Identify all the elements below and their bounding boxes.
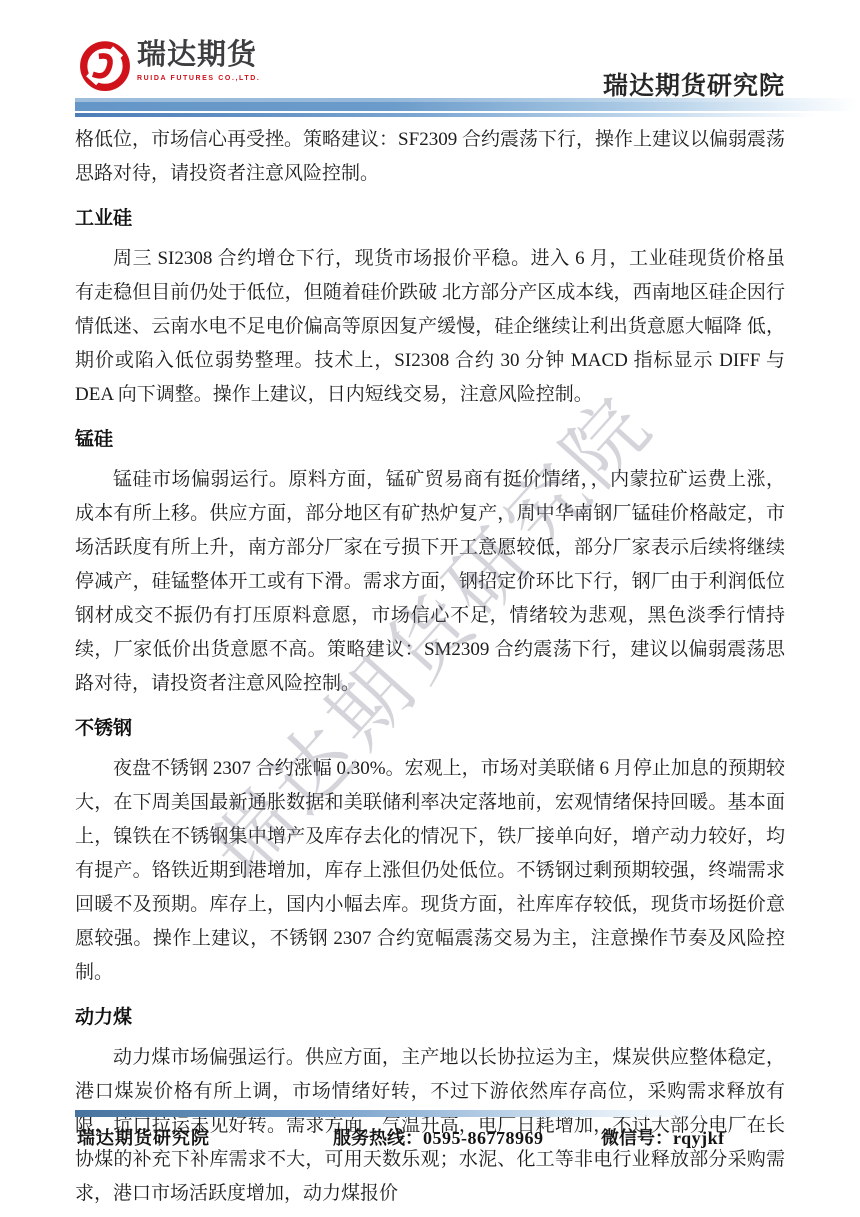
logo-text-block: 瑞达期货 RUIDA FUTURES CO.,LTD.	[137, 36, 260, 82]
footer-hotline-label: 服务热线：	[333, 1128, 423, 1148]
page-title: 瑞达期货研究院	[603, 66, 785, 102]
logo-english-name: RUIDA FUTURES CO.,LTD.	[137, 75, 260, 82]
logo-chinese-name: 瑞达期货	[137, 36, 260, 74]
section-heading-industrial-silicon: 工业硅	[75, 207, 785, 231]
header-gradient-bar	[75, 98, 857, 111]
footer-gradient-bar	[75, 1110, 725, 1117]
paragraph-industrial-silicon: 周三 SI2308 合约增仓下行，现货市场报价平稳。进入 6 月，工业硅现货价格…	[75, 242, 785, 412]
paragraph-manganese-silicon: 锰硅市场偏弱运行。原料方面，锰矿贸易商有挺价情绪，，内蒙拉矿运费上涨，成本有所上…	[75, 463, 785, 701]
report-page: 瑞达期货 RUIDA FUTURES CO.,LTD. 瑞达期货研究院 格低位，…	[0, 0, 860, 1217]
section-heading-thermal-coal: 动力煤	[75, 1006, 785, 1030]
footer-wechat-id: rqyjkf	[673, 1128, 725, 1148]
footer-institute: 瑞达期货研究院	[77, 1124, 210, 1150]
paragraph-continuation: 格低位，市场信心再受挫。策略建议：SF2309 合约震荡下行，操作上建议以偏弱震…	[75, 123, 785, 191]
footer-wechat-label: 微信号：	[601, 1128, 673, 1148]
section-heading-stainless-steel: 不锈钢	[75, 717, 785, 741]
footer-hotline: 服务热线：0595-86778969	[333, 1124, 544, 1150]
footer-wechat: 微信号：rqyjkf	[601, 1124, 725, 1150]
company-logo: 瑞达期货 RUIDA FUTURES CO.,LTD.	[77, 36, 260, 94]
footer-hotline-number: 0595-86778969	[423, 1128, 544, 1148]
footer: 瑞达期货研究院 服务热线：0595-86778969 微信号：rqyjkf	[0, 1124, 860, 1150]
paragraph-stainless-steel: 夜盘不锈钢 2307 合约涨幅 0.30%。宏观上，市场对美联储 6 月停止加息…	[75, 752, 785, 990]
section-heading-manganese-silicon: 锰硅	[75, 428, 785, 452]
report-body: 格低位，市场信心再受挫。策略建议：SF2309 合约震荡下行，操作上建议以偏弱震…	[75, 115, 785, 1211]
ruida-logo-icon	[77, 36, 133, 94]
